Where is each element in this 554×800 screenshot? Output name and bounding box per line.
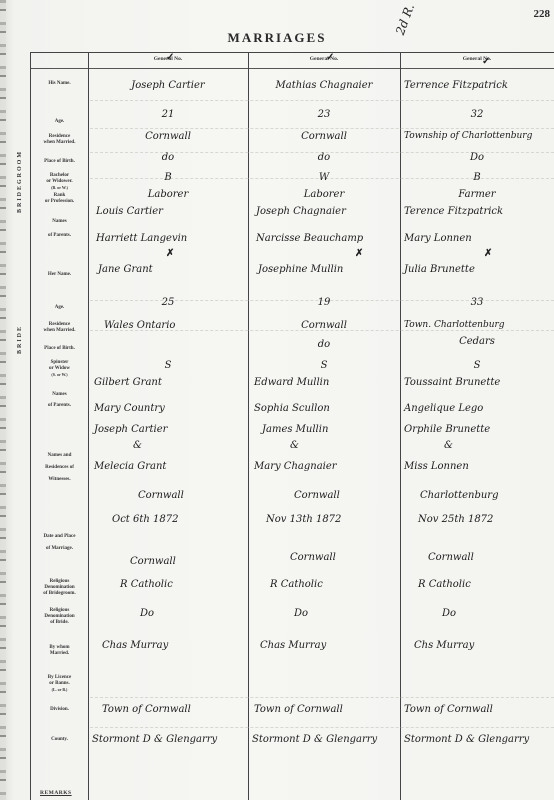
label-county: County. (32, 737, 87, 743)
header-bottom-rule (30, 68, 554, 69)
groom-name: Mathias Chagnaier (248, 80, 400, 91)
groom-profession: Laborer (88, 189, 248, 200)
groom-age: 32 (400, 109, 554, 120)
column-rule (88, 52, 89, 800)
bride-mother: Angelique Lego (404, 403, 483, 414)
groom-father: Terence Fitzpatrick (404, 206, 503, 217)
groom-birthplace: do (88, 152, 248, 163)
county: Stormont D & Glengarry (404, 734, 529, 745)
groom-mother: Mary Lonnen (404, 233, 472, 244)
column-rule (400, 52, 401, 800)
label-licence-banns: By Licenceor Banns.(L. or B.) (32, 675, 87, 693)
table-top-rule (30, 52, 554, 53)
label-rank-profession: Rankor Profession. (32, 193, 87, 205)
witness-1: Orphile Brunette (404, 424, 490, 435)
witness-residence: Charlottenburg (420, 490, 498, 501)
bride-age: 19 (248, 297, 400, 308)
label-bride-residence: Residencewhen Married. (32, 322, 87, 334)
officiant: Chas Murray (102, 640, 168, 651)
witness-2: Mary Chagnaier (254, 461, 337, 472)
label-religion-groom: ReligiousDenominationof Bridegroom. (32, 579, 87, 597)
religion-groom: R Catholic (418, 579, 471, 590)
bachelor-widower: B (400, 172, 554, 183)
label-groom-birthplace: Place of Birth. (32, 159, 87, 165)
groom-profession: Farmer (400, 189, 554, 200)
division: Town of Cornwall (404, 704, 493, 715)
bride-birthplace: Cedars (400, 336, 554, 347)
groom-mother: Harriett Langevin (96, 233, 187, 244)
groom-mother: Narcisse Beauchamp (256, 233, 363, 244)
county: Stormont D & Glengarry (92, 734, 217, 745)
religion-groom: R Catholic (270, 579, 323, 590)
general-no-header-2: General No. (248, 56, 400, 62)
label-bride-parents: Namesof Parents. (32, 392, 87, 409)
witness-and: & (444, 440, 453, 451)
groom-birthplace: Do (400, 152, 554, 163)
remarks-label: REMARKS (40, 790, 72, 796)
marriage-place: Cornwall (130, 556, 176, 567)
register-page: MARRIAGES 228 2d R. BRIDEGROOM BRIDE Gen… (0, 0, 554, 800)
label-by-whom: By whomMarried. (32, 645, 87, 657)
label-division: Division. (32, 707, 87, 713)
cross-mark-icon: ✗ (355, 248, 363, 259)
label-bachelor-widower: Bacheloror Widower.(B. or W.) (32, 173, 87, 191)
check-mark-icon: ✓ (326, 52, 334, 63)
groom-age: 21 (88, 109, 248, 120)
bride-mother: Sophia Scullon (254, 403, 330, 414)
bride-father: Toussaint Brunette (404, 377, 500, 388)
spinster-widow: S (248, 360, 400, 371)
division: Town of Cornwall (102, 704, 191, 715)
cross-mark-icon: ✗ (484, 248, 492, 259)
groom-age: 23 (248, 109, 400, 120)
witness-2: Melecia Grant (94, 461, 166, 472)
label-date-place: Date and Placeof Marriage. (32, 534, 87, 552)
witness-1: Joseph Cartier (94, 424, 167, 435)
groom-birthplace: do (248, 152, 400, 163)
bride-residence: Cornwall (248, 320, 400, 331)
officiant: Chas Murray (260, 640, 326, 651)
bachelor-widower: W (248, 172, 400, 183)
groom-name: Terrence Fitzpatrick (404, 80, 508, 91)
label-groom-parents: Namesof Parents. (32, 219, 87, 239)
division: Town of Cornwall (254, 704, 343, 715)
binding-edge (0, 0, 6, 800)
groom-name: Joseph Cartier (88, 80, 248, 91)
groom-profession: Laborer (248, 189, 400, 200)
witness-and: & (290, 440, 299, 451)
column-rule (30, 52, 31, 800)
officiant: Chs Murray (414, 640, 474, 651)
bride-mother: Mary Country (94, 403, 165, 414)
label-witnesses: Names andResidences ofWitnesses. (32, 453, 87, 483)
witness-2: Miss Lonnen (404, 461, 469, 472)
page-number: 228 (534, 8, 551, 20)
cross-mark-icon: ✗ (166, 248, 174, 259)
marriage-place: Cornwall (290, 552, 336, 563)
check-mark-icon: ✓ (482, 56, 490, 67)
spinster-widow: S (400, 360, 554, 371)
witness-1: James Mullin (262, 424, 328, 435)
religion-bride: Do (294, 608, 308, 619)
check-mark-icon: ✓ (166, 52, 174, 63)
marriage-place: Cornwall (428, 552, 474, 563)
bridegroom-section-label: BRIDEGROOM (17, 150, 23, 213)
groom-father: Joseph Chagnaier (256, 206, 346, 217)
label-religion-bride: ReligiousDenominationof Bride. (32, 608, 87, 626)
bachelor-widower: B (88, 172, 248, 183)
column-rule (248, 52, 249, 800)
bride-name: Julia Brunette (404, 264, 475, 275)
bride-section-label: BRIDE (17, 325, 23, 354)
bride-father: Edward Mullin (254, 377, 329, 388)
label-spinster-widow: Spinsteror Widow(S. or W.) (32, 360, 87, 378)
marriage-date: Oct 6th 1872 (112, 514, 178, 525)
marriage-date: Nov 13th 1872 (266, 514, 341, 525)
bride-age: 33 (400, 297, 554, 308)
religion-bride: Do (442, 608, 456, 619)
bride-birthplace: do (248, 339, 400, 350)
spinster-widow: S (88, 360, 248, 371)
label-bride-age: Age. (32, 305, 87, 311)
bride-father: Gilbert Grant (94, 377, 162, 388)
religion-groom: R Catholic (120, 579, 173, 590)
bride-age: 25 (88, 297, 248, 308)
label-groom-residence: Residencewhen Married. (32, 134, 87, 146)
label-groom-age: Age. (32, 119, 87, 125)
label-her-name: Her Name. (32, 272, 87, 278)
witness-and: & (133, 440, 142, 451)
label-his-name: His Name. (32, 81, 87, 87)
marriage-date: Nov 25th 1872 (418, 514, 493, 525)
groom-residence: Cornwall (248, 131, 400, 142)
county: Stormont D & Glengarry (252, 734, 377, 745)
bride-residence: Wales Ontario (104, 320, 175, 331)
witness-residence: Cornwall (294, 490, 340, 501)
witness-residence: Cornwall (138, 490, 184, 501)
groom-father: Louis Cartier (96, 206, 163, 217)
general-no-header-3: General No. (400, 56, 554, 62)
page-title: MARRIAGES (0, 30, 554, 46)
bride-name: Josephine Mullin (258, 264, 343, 275)
label-bride-birthplace: Place of Birth. (32, 346, 87, 352)
groom-residence: Township of Charlottenburg (404, 131, 532, 141)
bride-residence: Town. Charlottenburg (404, 320, 505, 330)
bride-name: Jane Grant (98, 264, 153, 275)
groom-residence: Cornwall (88, 131, 248, 142)
religion-bride: Do (140, 608, 154, 619)
